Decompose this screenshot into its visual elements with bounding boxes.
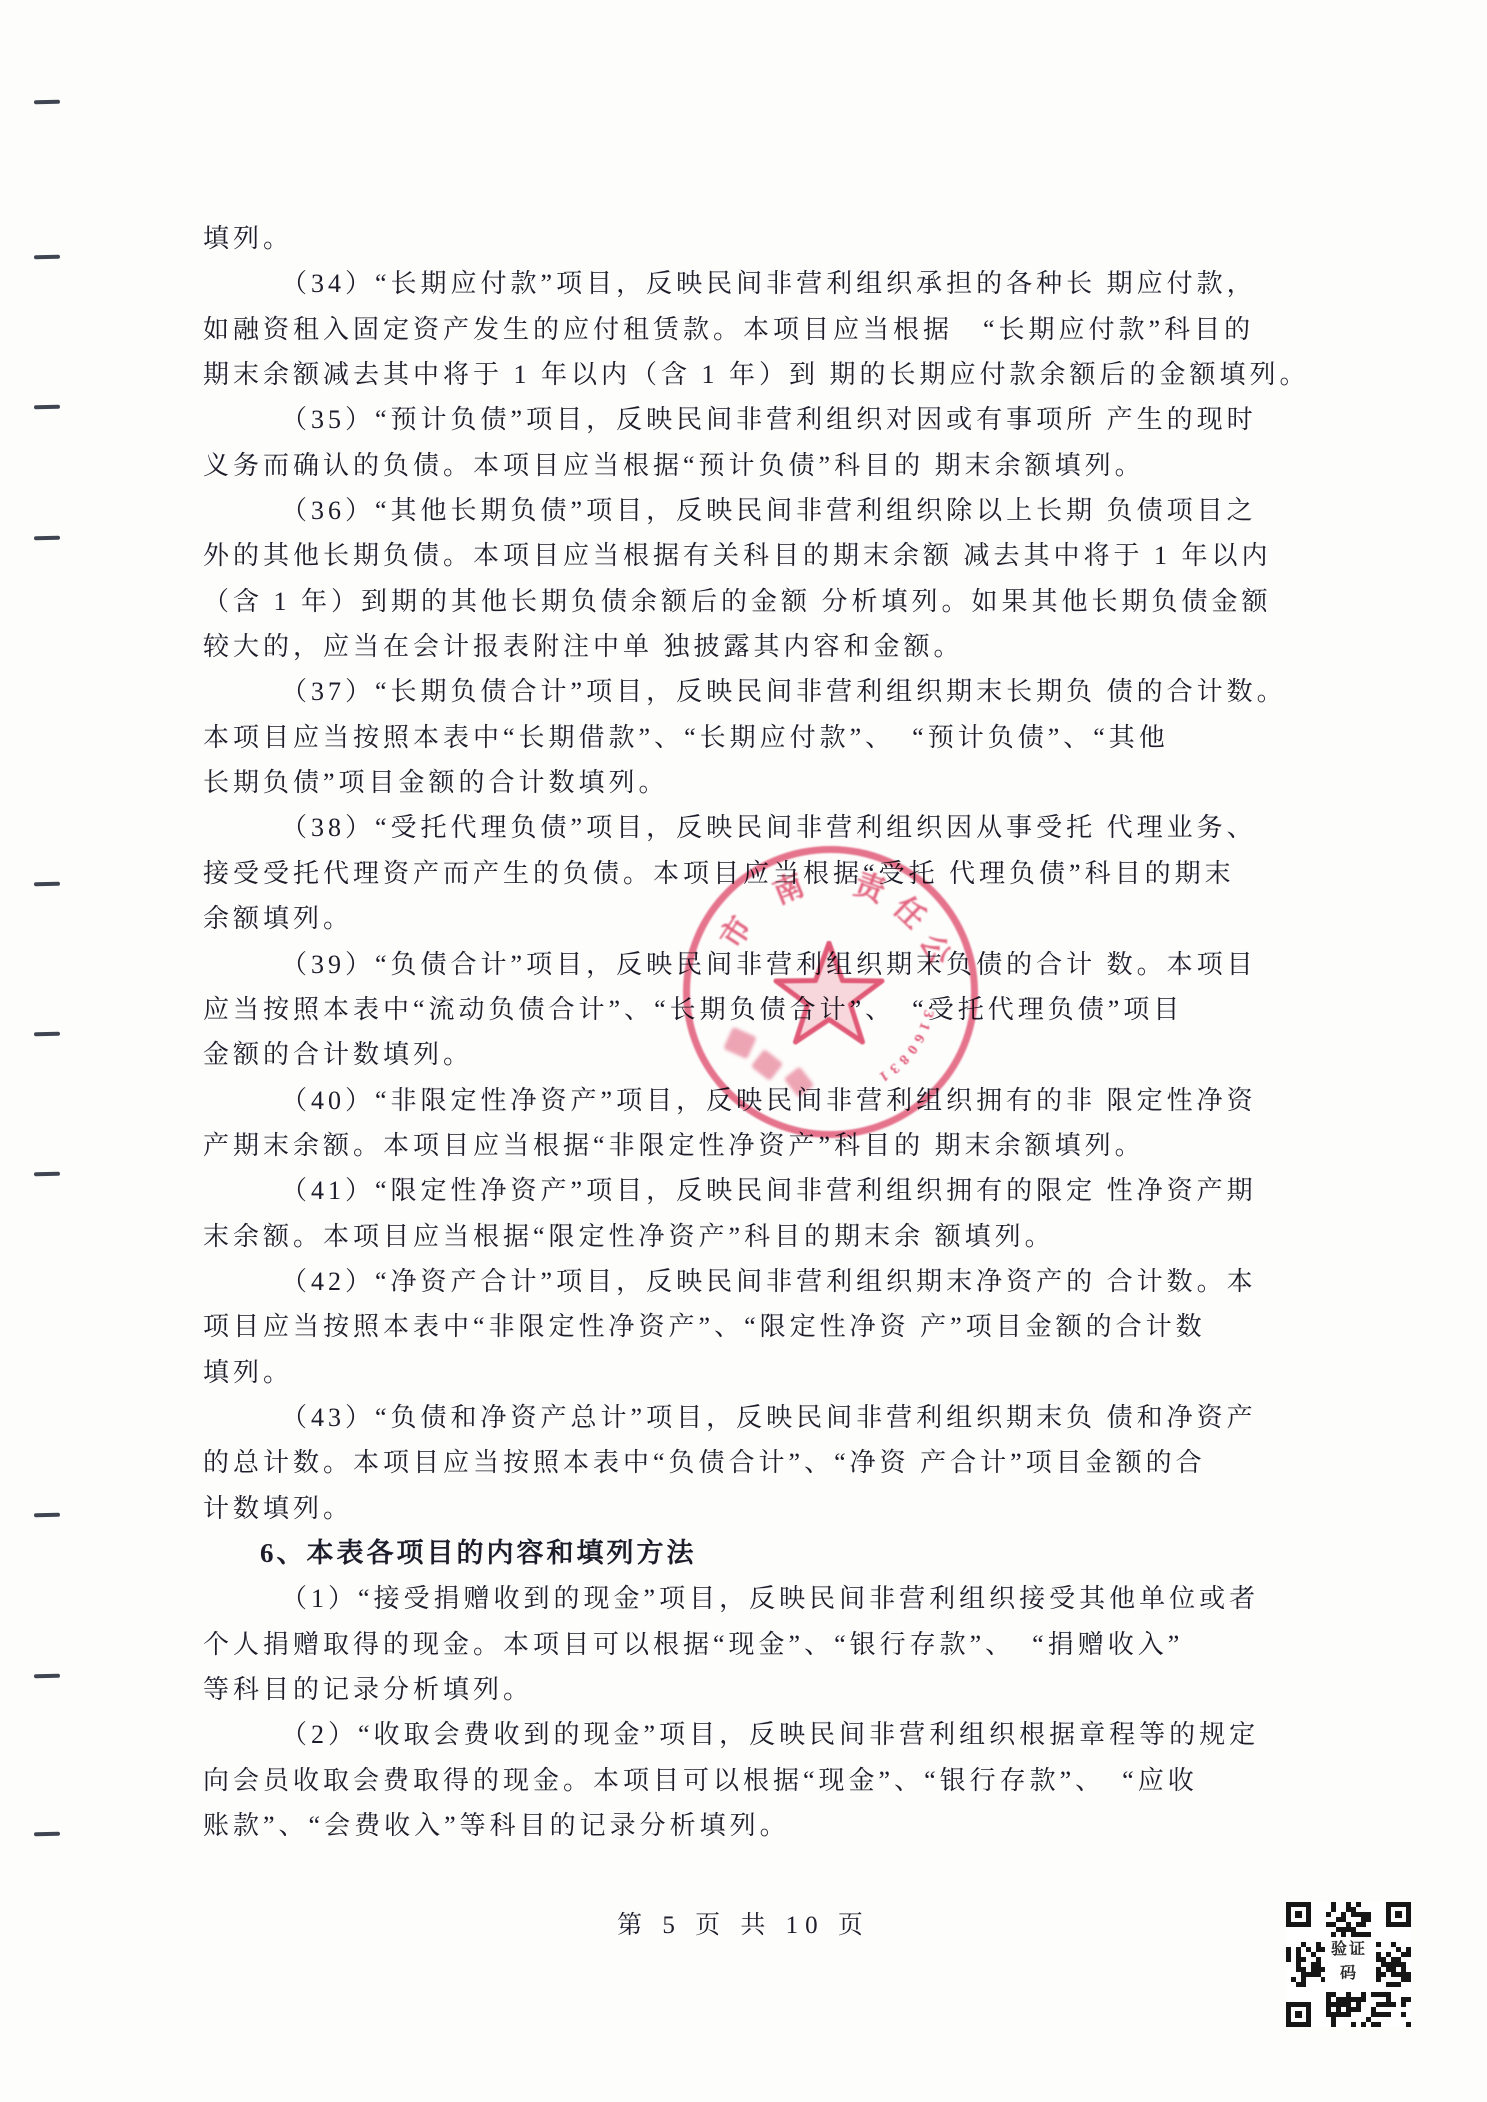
text-line: 填列。 — [203, 1350, 1343, 1395]
binding-mark — [34, 100, 60, 104]
text-line: 长期负债”项目金额的合计数填列。 — [203, 760, 1343, 805]
binding-mark — [34, 1513, 60, 1517]
text-line: （1）“接受捐赠收到的现金”项目，反映民间非营利组织接受其他单位或者 — [203, 1576, 1343, 1621]
text-line: （38）“受托代理负债”项目，反映民间非营利组织因从事受托 代理业务、 — [203, 805, 1343, 850]
binding-mark — [34, 1832, 60, 1836]
document-page: 填列。（34）“长期应付款”项目，反映民间非营利组织承担的各种长 期应付款，如融… — [0, 0, 1487, 2102]
text-line: （36）“其他长期负债”项目，反映民间非营利组织除以上长期 负债项目之 — [203, 488, 1343, 533]
text-line: 向会员收取会费取得的现金。本项目可以根据“现金”、“银行存款”、 “应收 — [203, 1758, 1343, 1803]
text-line: （39）“负债合计”项目，反映民间非营利组织期末负债的合计 数。本项目 — [203, 942, 1343, 987]
qr-label-line1: 验证 — [1325, 1938, 1373, 1962]
section-heading: 6、本表各项目的内容和填列方法 — [203, 1531, 1343, 1576]
text-line: 较大的，应当在会计报表附注中单 独披露其内容和金额。 — [203, 624, 1343, 669]
binding-mark — [34, 1032, 60, 1036]
text-line: 项目应当按照本表中“非限定性净资产”、“限定性净资 产”项目金额的合计数 — [203, 1304, 1343, 1349]
qr-label-line2: 码 — [1325, 1962, 1373, 1986]
text-line: 金额的合计数填列。 — [203, 1032, 1343, 1077]
text-line: 接受受托代理资产而产生的负债。本项目应当根据“受托 代理负债”科目的期末 — [203, 851, 1343, 896]
text-line: 如融资租入固定资产发生的应付租赁款。本项目应当根据 “长期应付款”科目的 — [203, 307, 1343, 352]
text-line: 余额填列。 — [203, 896, 1343, 941]
text-line: （37）“长期负债合计”项目，反映民间非营利组织期末长期负 债的合计数。 — [203, 669, 1343, 714]
text-line: 期末余额减去其中将于 1 年以内（含 1 年）到 期的长期应付款余额后的金额填列… — [203, 352, 1343, 397]
text-line: （41）“限定性净资产”项目，反映民间非营利组织拥有的限定 性净资产期 — [203, 1168, 1343, 1213]
text-line: （35）“预计负债”项目，反映民间非营利组织对因或有事项所 产生的现时 — [203, 397, 1343, 442]
document-text: 填列。（34）“长期应付款”项目，反映民间非营利组织承担的各种长 期应付款，如融… — [203, 216, 1343, 1848]
binding-mark — [34, 1674, 60, 1678]
page-number: 第 5 页 共 10 页 — [0, 1905, 1487, 1941]
text-line: 的总计数。本项目应当按照本表中“负债合计”、“净资 产合计”项目金额的合 — [203, 1440, 1343, 1485]
text-line: 等科目的记录分析填列。 — [203, 1667, 1343, 1712]
binding-mark — [34, 255, 60, 259]
text-line: 计数填列。 — [203, 1486, 1343, 1531]
text-line: （42）“净资产合计”项目，反映民间非营利组织期末净资产的 合计数。本 — [203, 1259, 1343, 1304]
text-line: 外的其他长期负债。本项目应当根据有关科目的期末余额 减去其中将于 1 年以内 — [203, 533, 1343, 578]
qr-finder-icon — [1286, 2002, 1311, 2027]
text-line: （43）“负债和净资产总计”项目，反映民间非营利组织期末负 债和净资产 — [203, 1395, 1343, 1440]
text-line: （含 1 年）到期的其他长期负债余额后的金额 分析填列。如果其他长期负债金额 — [203, 579, 1343, 624]
binding-mark — [34, 405, 60, 409]
binding-mark — [34, 882, 60, 886]
text-line: （40）“非限定性净资产”项目，反映民间非营利组织拥有的非 限定性净资 — [203, 1078, 1343, 1123]
text-line: 义务而确认的负债。本项目应当根据“预计负债”科目的 期末余额填列。 — [203, 443, 1343, 488]
text-line: 末余额。本项目应当根据“限定性净资产”科目的期末余 额填列。 — [203, 1214, 1343, 1259]
text-line: 账款”、“会费收入”等科目的记录分析填列。 — [203, 1803, 1343, 1848]
binding-mark — [34, 536, 60, 540]
text-line: 填列。 — [203, 216, 1343, 261]
binding-mark — [34, 1172, 60, 1176]
text-line: 个人捐赠取得的现金。本项目可以根据“现金”、“银行存款”、 “捐赠收入” — [203, 1622, 1343, 1667]
text-line: 本项目应当按照本表中“长期借款”、“长期应付款”、 “预计负债”、“其他 — [203, 715, 1343, 760]
text-line: （2）“收取会费收到的现金”项目，反映民间非营利组织根据章程等的规定 — [203, 1712, 1343, 1757]
text-line: 产期末余额。本项目应当根据“非限定性净资产”科目的 期末余额填列。 — [203, 1123, 1343, 1168]
qr-center-label: 验证 码 — [1325, 1938, 1373, 1990]
text-line: 应当按照本表中“流动负债合计”、“长期负债合计”、 “受托代理负债”项目 — [203, 987, 1343, 1032]
text-line: （34）“长期应付款”项目，反映民间非营利组织承担的各种长 期应付款， — [203, 261, 1343, 306]
